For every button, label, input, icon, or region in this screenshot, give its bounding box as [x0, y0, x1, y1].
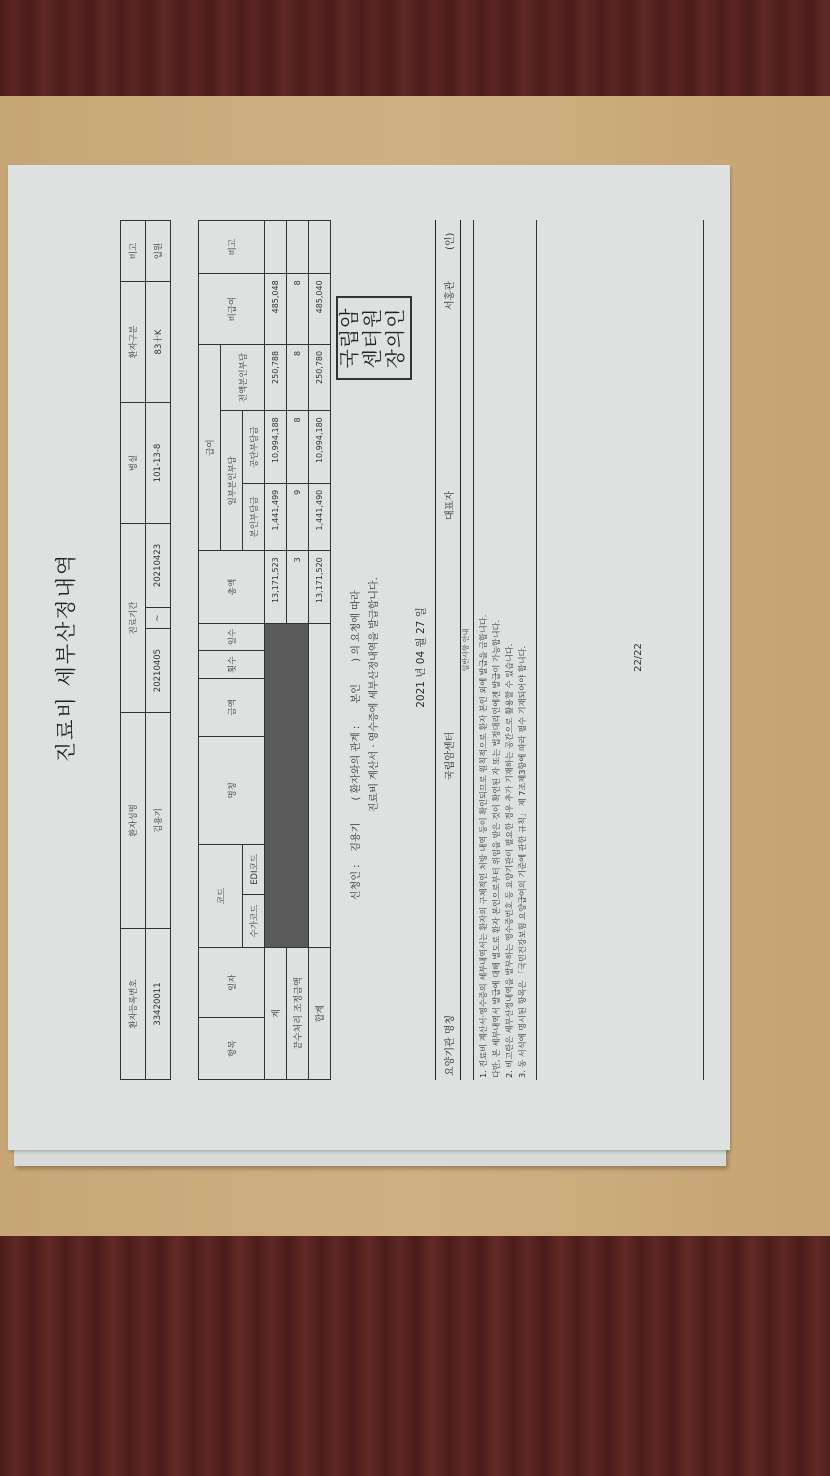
institution-row: 요양기관 명칭 국립암센터 대표자 서홍관 (인)	[435, 220, 461, 1080]
cell-remarks	[265, 221, 287, 274]
cell-full-self: 250,788	[265, 344, 287, 410]
patient-name-value: 김용기	[146, 713, 171, 929]
col-total: 총액	[199, 551, 265, 624]
cell-insurer-pay: 10,994,188	[265, 411, 287, 484]
row-label: 끝수처리 조정금액	[287, 948, 309, 1080]
col-partial: 일부본인부담	[221, 411, 243, 551]
official-seal: 국립암센터원장의인	[336, 296, 412, 380]
ward-label: 병실	[121, 403, 146, 524]
col-times: 횟수	[199, 651, 265, 679]
cell-full-self: 8	[287, 344, 309, 410]
issue-statement: 진료비 계산서 · 영수증에 세부산정내역을 발급합니다.	[366, 577, 384, 900]
cell-total: 13,171,523	[265, 551, 287, 624]
divider	[703, 220, 704, 1080]
col-covered: 급여	[199, 344, 221, 550]
note-item: 2. 비고란은 세부산정내역을 발부하는 영수증번호 등 요양기관이 필요한 경…	[503, 218, 516, 1078]
guide-title: 일반사항 안내	[459, 220, 474, 1080]
remarks-label: 비고	[121, 221, 146, 282]
patient-header-table: 환자등록번호 환자성명 진료기간 병실 환자구분 비고 33420011 김용기…	[120, 220, 171, 1080]
col-amount: 금액	[199, 679, 265, 736]
cell-non-covered: 8	[287, 274, 309, 345]
col-insurer-pay: 공단부담금	[243, 411, 265, 484]
cell-self-pay: 9	[287, 483, 309, 550]
signer-name: 서홍관	[441, 281, 456, 310]
ward-value: 101-13-8	[146, 403, 171, 524]
patient-type-value: 83十K	[146, 282, 171, 403]
document-sheet: 진료비 세부산정내역 환자등록번호 환자성명 진료기간 병실 환자구분 비고 3…	[8, 165, 730, 1150]
reg-no-label: 환자등록번호	[121, 929, 146, 1080]
cell-insurer-pay: 10,994,180	[309, 411, 331, 484]
remarks-value: 입원	[146, 221, 171, 282]
cell-self-pay: 1,441,490	[309, 483, 331, 550]
page-title: 진료비 세부산정내역	[50, 165, 80, 1150]
col-full-self: 전액본인부담	[221, 344, 265, 410]
col-self-pay: 본인부담금	[243, 483, 265, 550]
row-label: 합계	[309, 948, 331, 1080]
row-label: 계	[265, 948, 287, 1080]
col-days: 일수	[199, 623, 265, 651]
period-sep: ~	[146, 608, 171, 629]
col-remarks: 비고	[199, 221, 265, 274]
cell-remarks	[309, 221, 331, 274]
patient-type-label: 환자구분	[121, 282, 146, 403]
table-row: 합계 13,171,520 1,441,490 10,994,180 250,7…	[309, 221, 331, 1080]
wood-table-top	[0, 0, 830, 100]
applicant-name: 김용기	[351, 823, 362, 852]
cell-non-covered: 485,048	[265, 274, 287, 345]
rotated-page: 진료비 세부산정내역 환자등록번호 환자성명 진료기간 병실 환자구분 비고 3…	[8, 165, 730, 1150]
col-date: 일자	[199, 948, 265, 1018]
cell-total: 3	[287, 551, 309, 624]
applicant-block: 신청인 : 김용기 ( 환자와의 관계 : 본인 ) 의 요청에 따라 진료비 …	[348, 577, 384, 900]
wood-table-bottom	[0, 1236, 830, 1476]
col-item: 항목	[199, 1018, 265, 1080]
divider	[536, 220, 537, 1080]
representative-label: 대표자	[441, 491, 456, 520]
cell-full-self: 250,780	[309, 344, 331, 410]
cell-total: 13,171,520	[309, 551, 331, 624]
relation-label: ( 환자와의 관계 :	[351, 726, 362, 801]
cell-remarks	[287, 221, 309, 274]
seal-mark: (인)	[441, 233, 456, 250]
col-code-sub1: 수가코드	[243, 894, 265, 947]
period-start: 20210405	[146, 629, 171, 713]
cell-self-pay: 1,441,499	[265, 483, 287, 550]
notes-list: 1. 진료비 계산서·영수증의 세부내역서는 환자의 구체적인 처방 내역 등이…	[477, 218, 529, 1078]
period-label: 진료기간	[121, 524, 146, 713]
period-end: 20210423	[146, 524, 171, 608]
charges-table: 항목 일자 코드 명칭 금액 횟수 일수 총액 급여 비급여 비고 일부본인부담…	[198, 220, 331, 1080]
col-code: 코드	[199, 845, 243, 948]
cell-non-covered: 485,040	[309, 274, 331, 345]
patient-name-label: 환자성명	[121, 713, 146, 929]
cell-insurer-pay: 8	[287, 411, 309, 484]
request-tail: ) 의 요청에 따라	[351, 590, 362, 661]
note-item: 1. 진료비 계산서·영수증의 세부내역서는 환자의 구체적인 처방 내역 등이…	[477, 218, 490, 1078]
redacted-area	[265, 623, 309, 947]
applicant-label: 신청인 :	[351, 864, 362, 900]
seal-text: 국립암센터원장의인	[337, 308, 407, 369]
col-name: 명칭	[199, 736, 265, 844]
col-code-sub2: EDI코드	[243, 845, 265, 895]
reg-no-value: 33420011	[146, 929, 171, 1080]
institution-label: 요양기관 명칭	[441, 1015, 456, 1076]
empty-span	[309, 623, 331, 947]
table-row: 계 13,171,523 1,441,499 10,994,188 250,78…	[265, 221, 287, 1080]
note-item: 다만, 본 세부내역서 발급에 대해 별도로 환자 본인으로부터 위임을 받은 …	[490, 218, 503, 1078]
page-number: 22/22	[633, 165, 644, 1150]
relation-value: 본인	[351, 684, 362, 703]
issue-date: 2021 년 04 월 27 일	[413, 165, 428, 1150]
col-non-covered: 비급여	[199, 274, 265, 345]
institution-name: 국립암센터	[441, 732, 456, 780]
note-item: 3. 동 서식에 명시된 항목은 「국민건강보험 요양급여의 기준에 관한 규칙…	[516, 218, 529, 1078]
